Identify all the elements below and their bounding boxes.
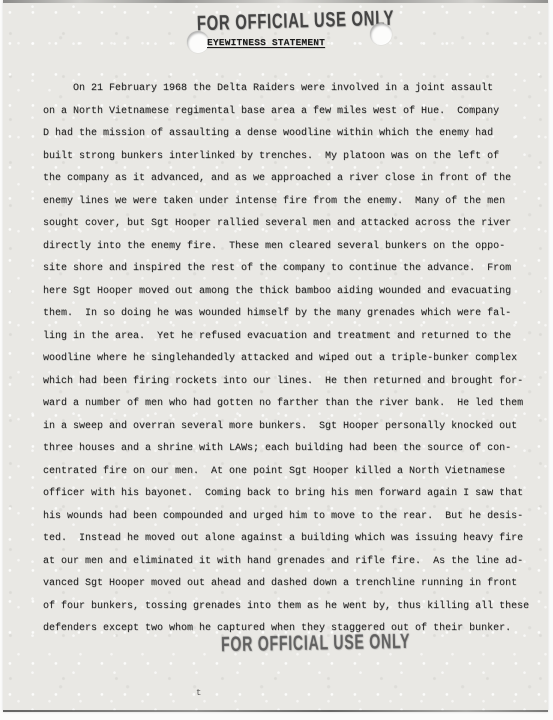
- hole-punch-left-icon: [187, 31, 209, 53]
- document-title: EYEWITNESS STATEMENT: [207, 37, 325, 48]
- classification-stamp-bottom: FOR OFFICIAL USE ONLY: [221, 630, 411, 657]
- classification-stamp-top: FOR OFFICIAL USE ONLY: [197, 7, 395, 36]
- scan-background: FOR OFFICIAL USE ONLY EYEWITNESS STATEME…: [0, 0, 553, 720]
- hole-punch-right-icon: [370, 23, 392, 45]
- stray-mark: t: [196, 688, 201, 698]
- statement-body: On 21 February 1968 the Delta Raiders we…: [43, 78, 548, 641]
- document-page: FOR OFFICIAL USE ONLY EYEWITNESS STATEME…: [3, 0, 548, 712]
